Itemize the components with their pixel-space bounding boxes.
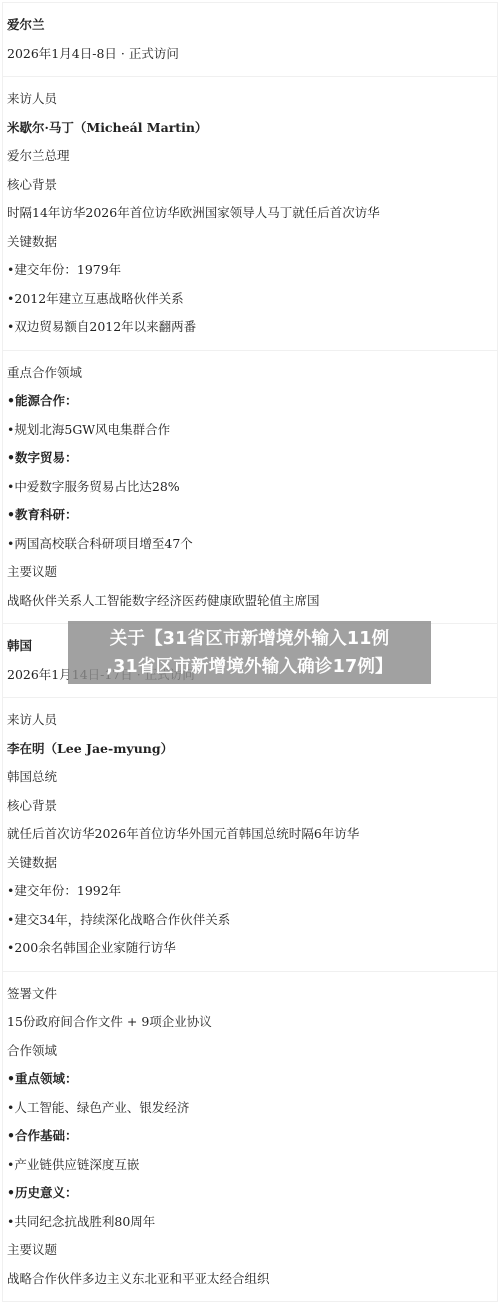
visitor-title: 韩国总统 bbox=[7, 763, 493, 792]
background-label: 核心背景 bbox=[7, 792, 493, 821]
keydata-item: •建交年份：1979年 bbox=[7, 256, 493, 285]
keydata-label: 关键数据 bbox=[7, 849, 493, 878]
visit-details-korea: 来访人员 李在明（Lee Jae-myung） 韩国总统 核心背景 就任后首次访… bbox=[2, 698, 498, 972]
background-text: 时隔14年访华2026年首位访华欧洲国家领导人马丁就任后首次访华 bbox=[7, 199, 493, 228]
coop-item: •中爱数字服务贸易占比达28% bbox=[7, 473, 493, 502]
overlay-line-1: 关于【31省区市新增境外输入11例 bbox=[68, 625, 431, 653]
topics-label: 主要议题 bbox=[7, 1236, 493, 1265]
visit-details-ireland: 来访人员 米歇尔·马丁（Micheál Martin） 爱尔兰总理 核心背景 时… bbox=[2, 77, 498, 351]
visitor-title: 爱尔兰总理 bbox=[7, 142, 493, 171]
keydata-item: •建交34年，持续深化战略合作伙伴关系 bbox=[7, 906, 493, 935]
coop-heading: •能源合作： bbox=[7, 387, 493, 416]
background-label: 核心背景 bbox=[7, 171, 493, 200]
visitor-label: 来访人员 bbox=[7, 706, 493, 735]
visitor-name: 李在明（Lee Jae-myung） bbox=[7, 735, 493, 764]
country-name: 爱尔兰 bbox=[7, 11, 493, 40]
visit-coop-ireland: 重点合作领域 •能源合作： •规划北海5GW风电集群合作 •数字贸易： •中爱数… bbox=[2, 351, 498, 625]
visitor-label: 来访人员 bbox=[7, 85, 493, 114]
docs-text: 15份政府间合作文件 + 9项企业协议 bbox=[7, 1008, 493, 1037]
coop-item: •产业链供应链深度互嵌 bbox=[7, 1151, 493, 1180]
visitor-name: 米歇尔·马丁（Micheál Martin） bbox=[7, 114, 493, 143]
background-text: 就任后首次访华2026年首位访华外国元首韩国总统时隔6年访华 bbox=[7, 820, 493, 849]
topics-label: 主要议题 bbox=[7, 558, 493, 587]
coop-heading: •重点领域： bbox=[7, 1065, 493, 1094]
coop-item: •人工智能、绿色产业、银发经济 bbox=[7, 1094, 493, 1123]
coop-label: 合作领域 bbox=[7, 1037, 493, 1066]
coop-item: •两国高校联合科研项目增至47个 bbox=[7, 530, 493, 559]
topics-text: 战略合作伙伴多边主义东北亚和平亚太经合组织 bbox=[7, 1265, 493, 1294]
headline-overlay-banner: 关于【31省区市新增境外输入11例 ,31省区市新增境外输入确诊17例】 bbox=[68, 621, 431, 684]
coop-heading: •合作基础： bbox=[7, 1122, 493, 1151]
coop-heading: •数字贸易： bbox=[7, 444, 493, 473]
visit-coop-korea: 签署文件 15份政府间合作文件 + 9项企业协议 合作领域 •重点领域： •人工… bbox=[2, 972, 498, 1303]
keydata-item: •2012年建立互惠战略伙伴关系 bbox=[7, 285, 493, 314]
docs-label: 签署文件 bbox=[7, 980, 493, 1009]
coop-label: 重点合作领域 bbox=[7, 359, 493, 388]
visit-header-ireland: 爱尔兰 2026年1月4日-8日 · 正式访问 bbox=[2, 2, 498, 77]
coop-item: •共同纪念抗战胜利80周年 bbox=[7, 1208, 493, 1237]
overlay-line-2: ,31省区市新增境外输入确诊17例】 bbox=[68, 653, 431, 681]
topics-text: 战略伙伴关系人工智能数字经济医药健康欧盟轮值主席国 bbox=[7, 587, 493, 616]
keydata-item: •200余名韩国企业家随行访华 bbox=[7, 934, 493, 963]
keydata-item: •双边贸易额自2012年以来翻两番 bbox=[7, 313, 493, 342]
keydata-label: 关键数据 bbox=[7, 228, 493, 257]
coop-item: •规划北海5GW风电集群合作 bbox=[7, 416, 493, 445]
visit-date: 2026年1月4日-8日 · 正式访问 bbox=[7, 40, 493, 69]
coop-heading: •历史意义： bbox=[7, 1179, 493, 1208]
coop-heading: •教育科研： bbox=[7, 501, 493, 530]
keydata-item: •建交年份：1992年 bbox=[7, 877, 493, 906]
